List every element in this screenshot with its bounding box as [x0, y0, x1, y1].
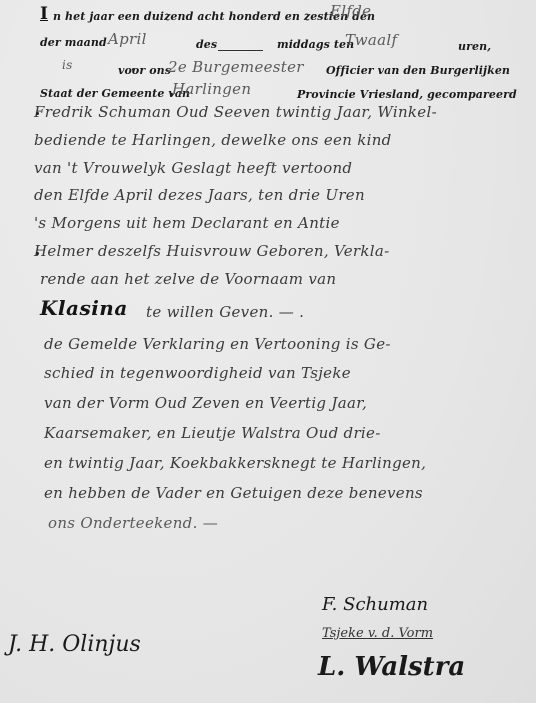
signature-official: J. H. Olinjus [8, 632, 141, 657]
body-line-3: van 't Vrouwelyk Geslagt heeft vertoond [34, 159, 352, 177]
body2-line-1: de Gemelde Verklaring en Vertooning is G… [44, 335, 391, 353]
printed-line-1: n het jaar een duizend acht honderd en z… [53, 10, 375, 23]
body2-line-5: en twintig Jaar, Koekbakkersknegt te Har… [44, 454, 426, 472]
body-line-1: Fredrik Schuman Oud Seeven twintig Jaar,… [34, 103, 437, 121]
body-line-6: Helmer deszelfs Huisvrouw Geboren, Verkl… [34, 242, 389, 260]
ink-speck [36, 112, 39, 115]
handwritten-hour: Twaalf [345, 31, 397, 49]
child-name-suffix: te willen Geven. — . [146, 303, 304, 321]
handwritten-municipality: Harlingen [172, 80, 251, 98]
handwritten-month: April [108, 30, 147, 48]
printed-uren-label: uren, [458, 40, 491, 53]
body-line-4: den Elfde April dezes Jaars, ten drie Ur… [34, 186, 365, 204]
body2-line-2: schied in tegenwoordigheid van Tsjeke [44, 364, 351, 382]
body2-line-3: van der Vorm Oud Zeven en Veertig Jaar, [44, 394, 367, 412]
printed-officier-label: Officier van den Burgerlijken [326, 64, 510, 77]
printed-voor-ons: voor ons [118, 64, 171, 77]
body2-line-6: en hebben de Vader en Getuigen deze bene… [44, 484, 423, 502]
printed-des-label: des [196, 38, 217, 51]
printed-provincie-label: Provincie Vriesland, gecompareerd [297, 88, 517, 101]
ink-speck [132, 68, 135, 71]
body2-line-4: Kaarsemaker, en Lieutje Walstra Oud drie… [44, 424, 381, 442]
handwritten-is: is [62, 58, 73, 72]
signature-witness-2: L. Walstra [318, 652, 465, 682]
body-line-7: rende aan het zelve de Voornaam van [40, 270, 336, 288]
printed-middags-label: middags ten [277, 38, 354, 51]
body-line-2: bediende te Harlingen, dewelke ons een k… [34, 131, 392, 149]
handwritten-official-title: 2e Burgemeester [168, 58, 304, 76]
blank-line [218, 50, 263, 51]
ink-speck [36, 252, 39, 255]
ink-speck [170, 93, 173, 96]
printed-staat-label: Staat der Gemeente van [40, 87, 190, 100]
signature-father: F. Schuman [322, 594, 428, 615]
printed-month-label: der maand [40, 36, 107, 49]
body-line-5: 's Morgens uit hem Declarant en Antie [34, 214, 340, 232]
document-page: I n het jaar een duizend acht honderd en… [0, 0, 536, 703]
drop-cap-initial: I [40, 4, 48, 24]
body2-line-7: ons Onderteekend. — [48, 514, 218, 532]
handwritten-day: Elfde [330, 2, 371, 20]
signature-witness-1: Tsjeke v. d. Vorm [322, 626, 433, 641]
child-name: Klasina [40, 296, 128, 320]
